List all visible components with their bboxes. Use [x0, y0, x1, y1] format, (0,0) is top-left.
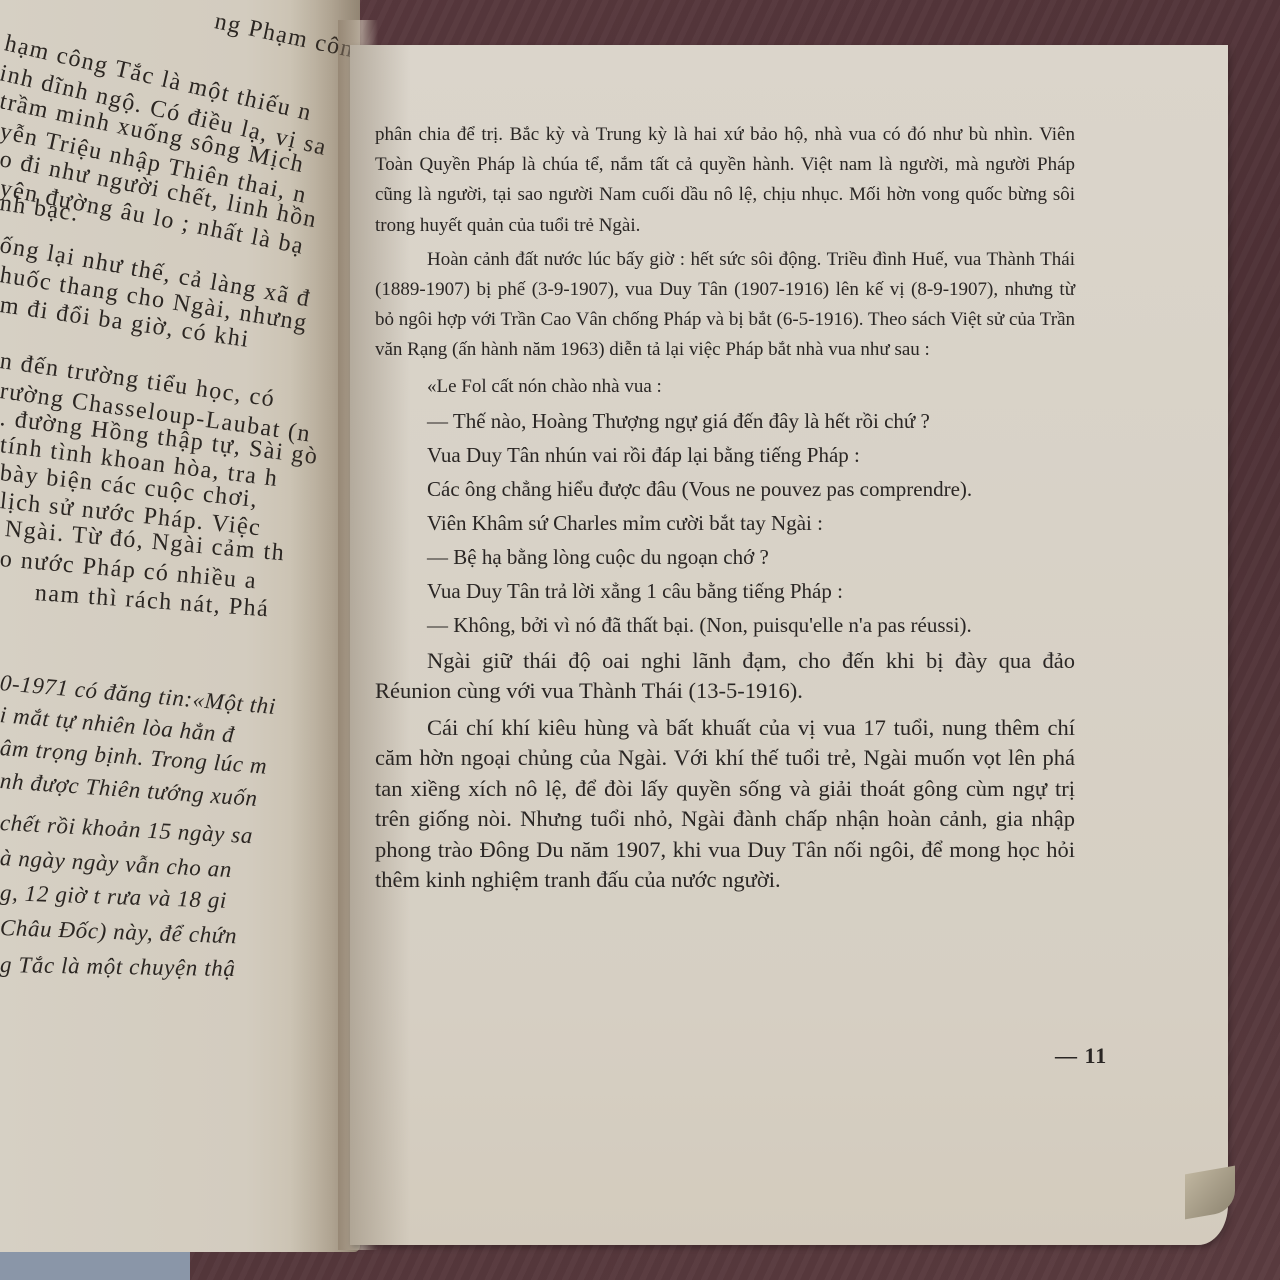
page-number: — 11	[1055, 1043, 1107, 1069]
left-page-line: Châu Đốc) này, để chứn	[0, 915, 237, 949]
quote-line: «Le Fol cất nón chào nhà vua :	[375, 372, 1075, 402]
left-page-line: g Tắc là một chuyện thậ	[0, 952, 236, 982]
paragraph: Cái chí khí kiêu hùng và bất khuất của v…	[375, 713, 1075, 896]
paragraph: Viên Khâm sứ Charles mỉm cười bắt tay Ng…	[375, 508, 1075, 538]
right-page-text: phân chia để trị. Bắc kỳ và Trung kỳ là …	[375, 120, 1075, 896]
left-page: ng Phạm công Thiệhạm công Tắc là một thi…	[0, 0, 360, 1252]
left-page-line: chết rồi khoản 15 ngày sa	[0, 810, 254, 849]
left-page-line: à ngày ngày vẫn cho an	[0, 845, 233, 883]
paragraph: phân chia để trị. Bắc kỳ và Trung kỳ là …	[375, 120, 1075, 241]
left-page-line: g, 12 giờ t rưa và 18 gi	[0, 880, 227, 914]
right-page: phân chia để trị. Bắc kỳ và Trung kỳ là …	[350, 45, 1228, 1245]
paragraph: Vua Duy Tân trả lời xẳng 1 câu bằng tiến…	[375, 576, 1075, 606]
paragraph: Ngài giữ thái độ oai nghi lãnh đạm, cho …	[375, 646, 1075, 707]
paragraph: Vua Duy Tân nhún vai rồi đáp lại bằng ti…	[375, 440, 1075, 470]
dialogue-line: — Thế nào, Hoàng Thượng ngự giá đến đây …	[375, 406, 1075, 436]
dialogue-line: — Bệ hạ bằng lòng cuộc du ngoạn chớ ?	[375, 542, 1075, 572]
dialogue-line: Các ông chẳng hiểu được đâu (Vous ne pou…	[375, 474, 1075, 504]
paragraph: Hoàn cảnh đất nước lúc bấy giờ : hết sức…	[375, 245, 1075, 366]
dialogue-line: — Không, bởi vì nó đã thất bại. (Non, pu…	[375, 610, 1075, 640]
